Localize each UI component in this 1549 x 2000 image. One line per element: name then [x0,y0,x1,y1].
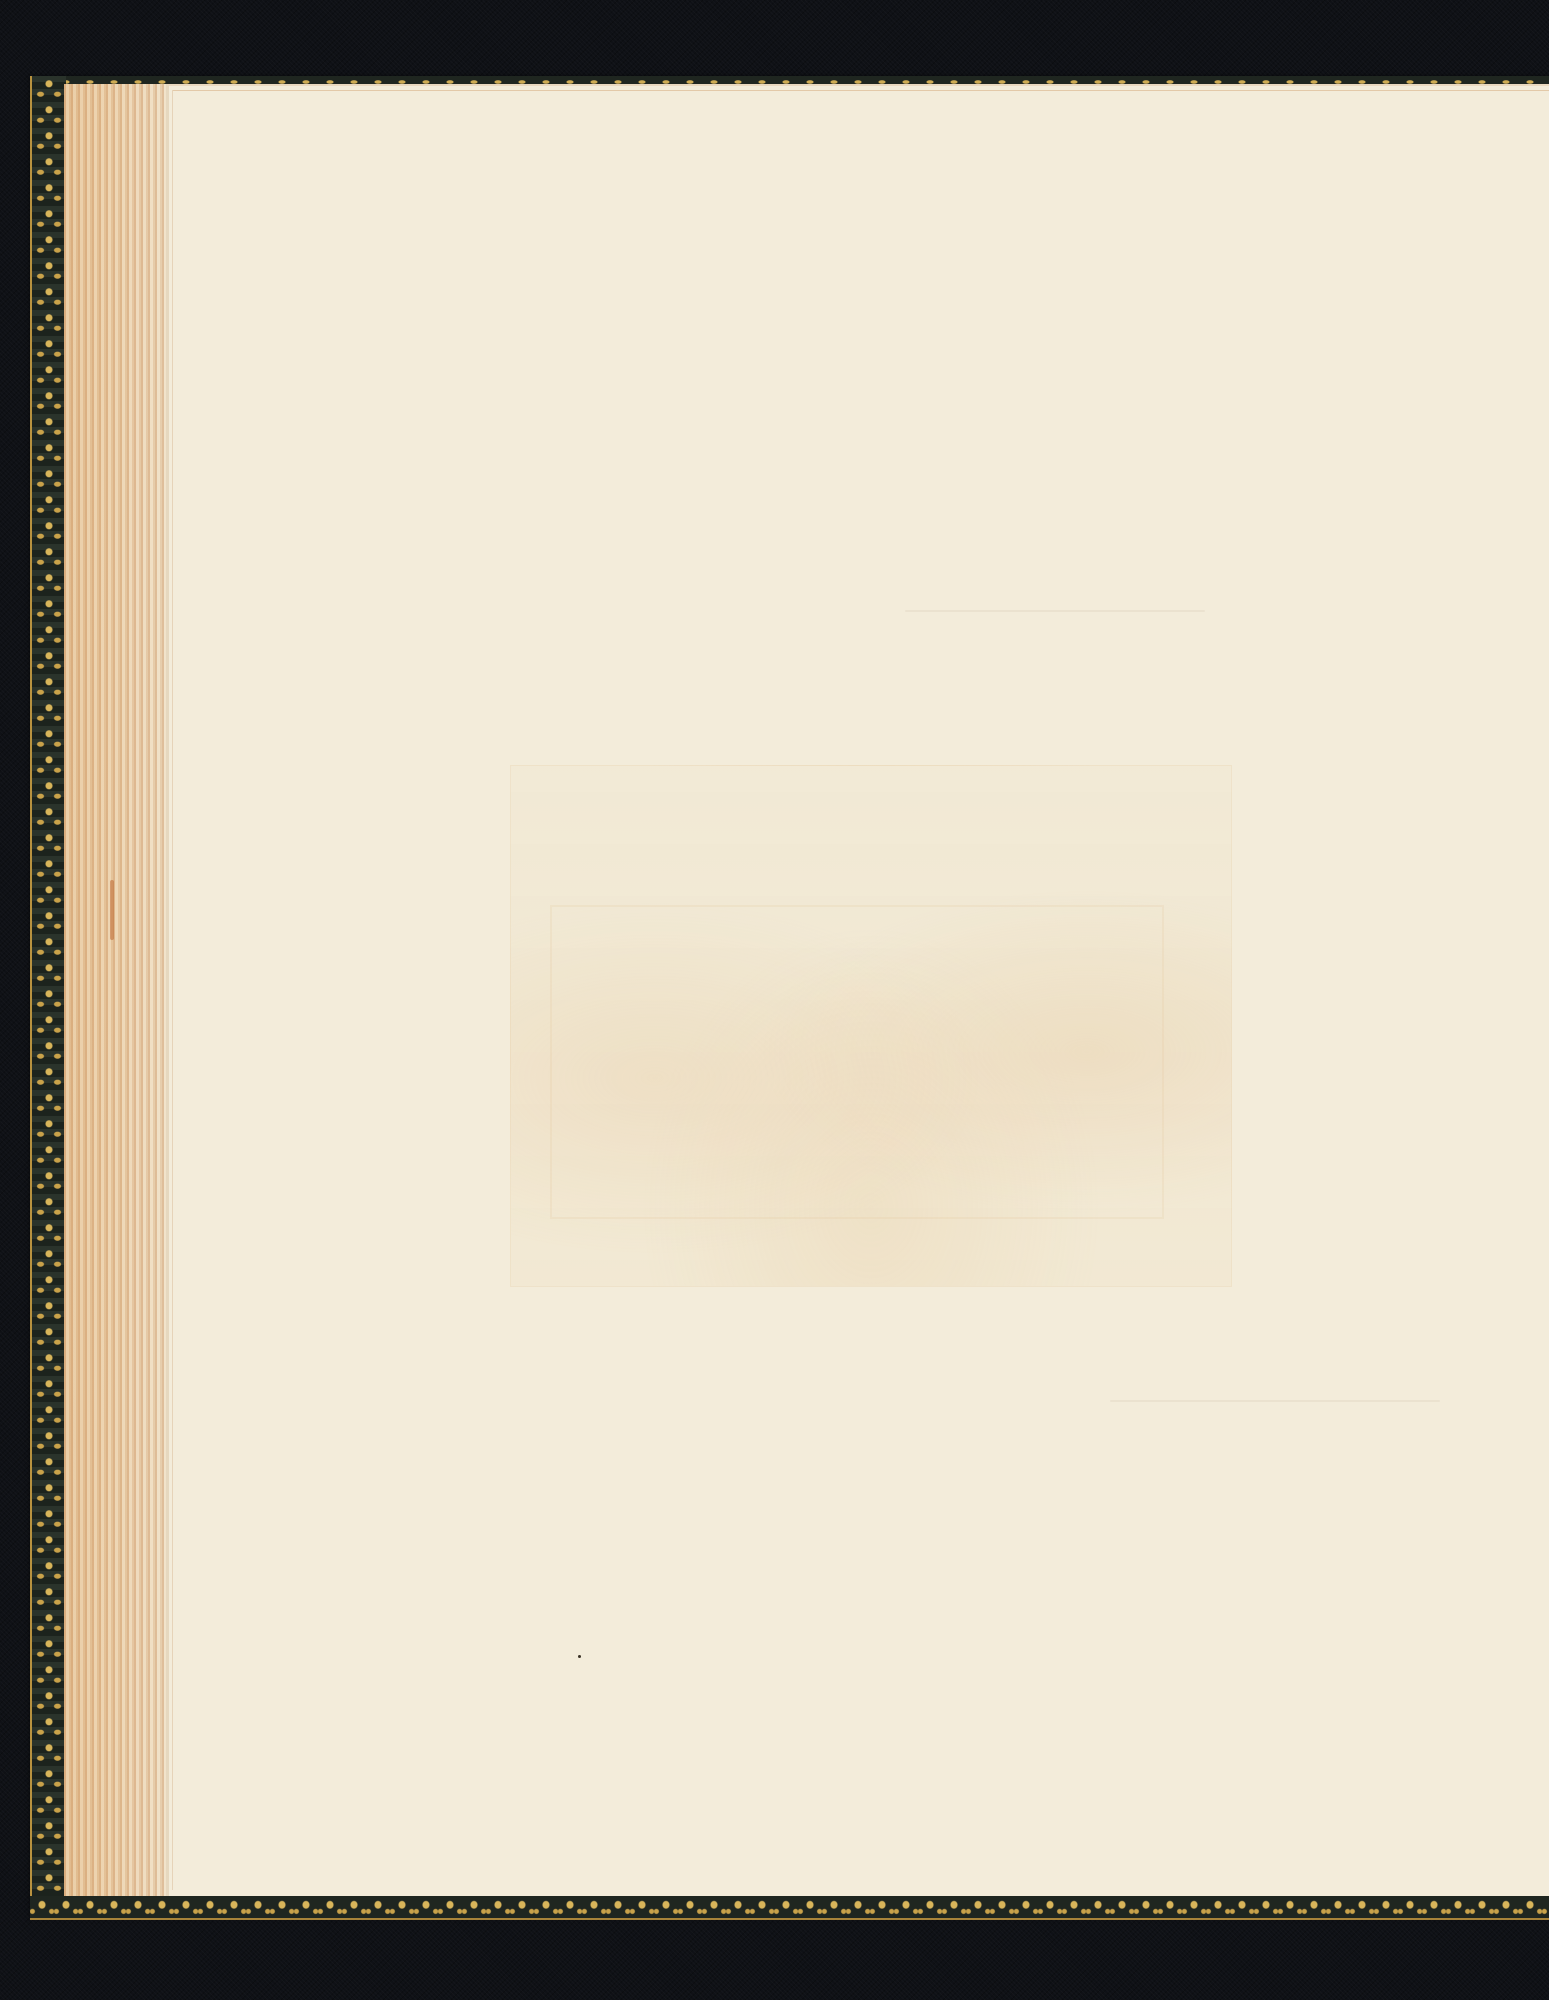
offset-plate-inner-frame [550,905,1164,1219]
page-edge-stain [110,880,114,940]
paper-speck [578,1655,581,1658]
gold-border-left [30,76,66,1918]
gold-border-bottom [30,1896,1549,1920]
show-through-mark [1110,1400,1440,1402]
page-edge-block [64,84,168,1896]
show-through-mark [905,610,1205,612]
page-top-edge [172,90,1549,91]
page-left-edge [172,90,173,1890]
